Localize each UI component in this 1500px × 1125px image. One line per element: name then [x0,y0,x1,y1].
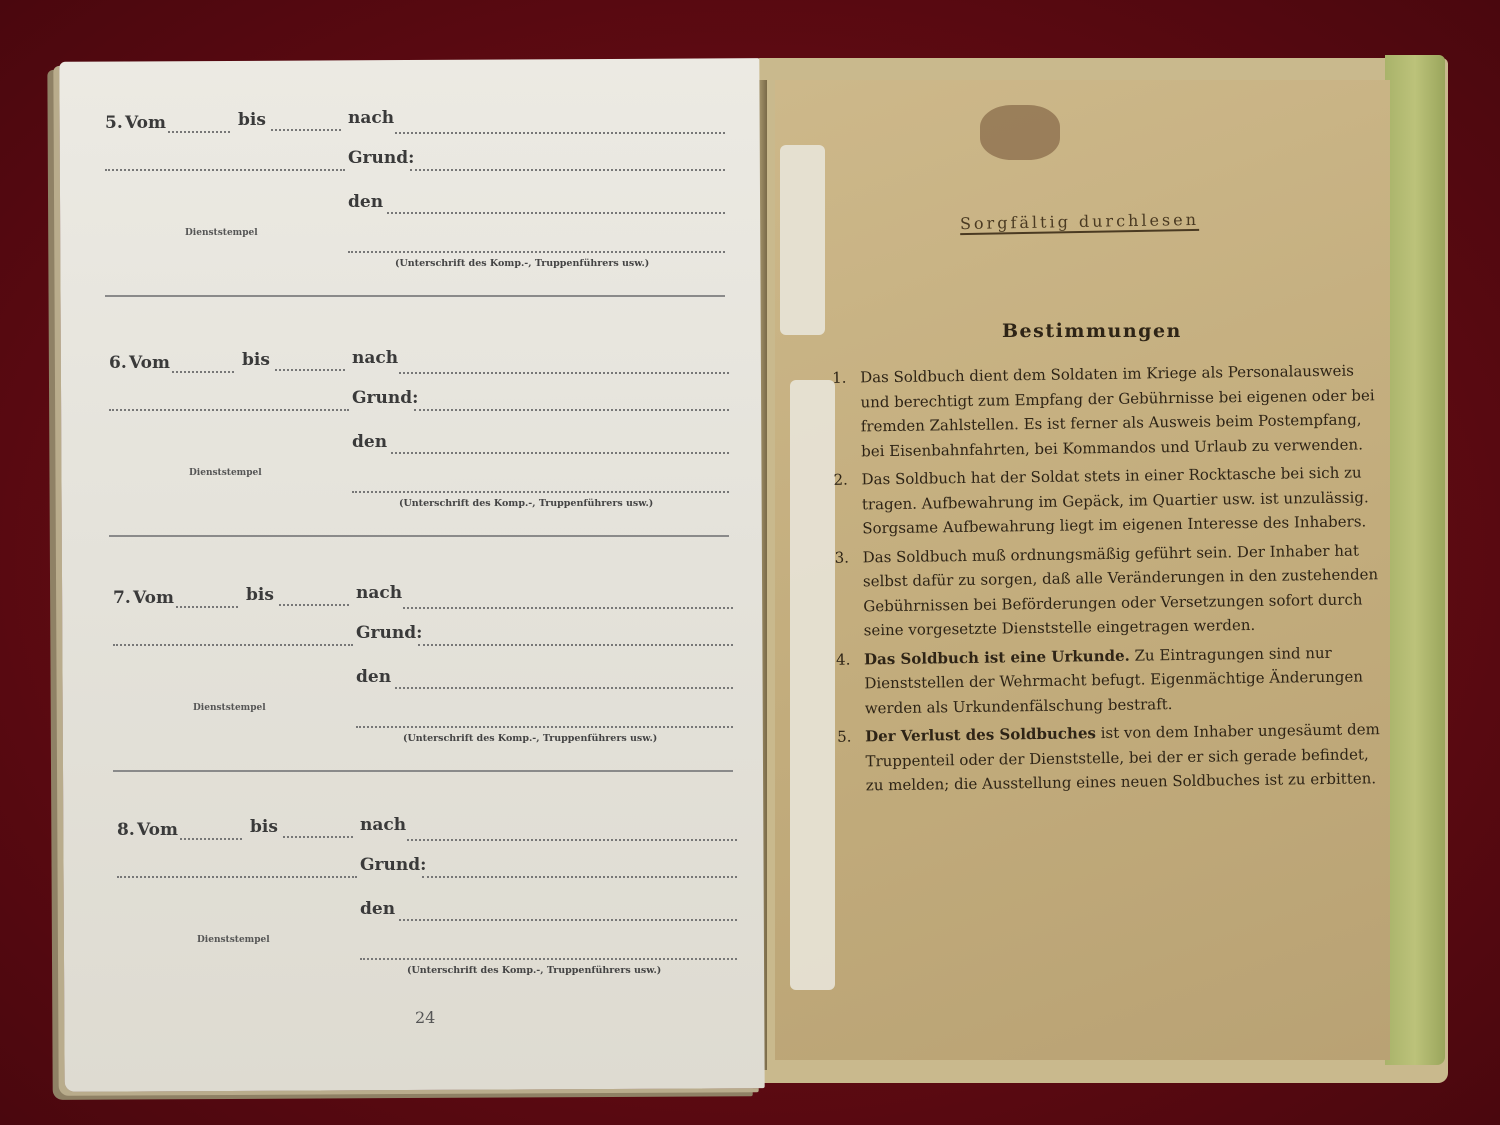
grund-field[interactable] [418,630,733,646]
signature-caption: (Unterschrift des Komp.-, Truppenführers… [403,733,657,744]
entry-vom-label: 5. [105,113,123,133]
signature-caption: (Unterschrift des Komp.-, Truppenführers… [395,258,649,269]
entry-vom-label: 6. [109,353,127,373]
nach-field-cont[interactable] [113,630,353,646]
nach-field[interactable] [403,593,733,609]
bis-field[interactable] [279,590,349,606]
den-field[interactable] [387,198,725,214]
den-field[interactable] [395,673,733,689]
nach-field[interactable] [399,358,729,374]
green-cloth-spine [1385,55,1445,1065]
nach-field-cont[interactable] [117,862,357,878]
rule-text: Das Soldbuch hat der Soldat stets in ein… [861,463,1368,537]
entry-den-label: den [348,192,383,212]
entry-separator [113,770,733,772]
page-number: 24 [415,1008,435,1027]
bis-field[interactable] [271,115,341,131]
rule-text: Das Soldbuch dient dem Soldaten im Krieg… [860,362,1375,460]
entry-nach-label: nach [348,108,394,128]
signature-caption: (Unterschrift des Komp.-, Truppenführers… [399,498,653,509]
vom-field[interactable] [180,824,242,840]
transfer-entry: 8. Vom bis nach Grund: den Dienststempel… [117,812,747,1022]
entry-separator [109,535,729,537]
nach-field-cont[interactable] [105,155,345,171]
rules-list: 1. Das Soldbuch dient dem Soldaten im Kr… [832,358,1383,802]
signature-field[interactable] [356,712,733,728]
grund-field[interactable] [422,862,737,878]
entry-grund-label: Grund: [356,623,422,643]
bis-field[interactable] [283,822,353,838]
entry-vom-label: Vom [133,588,174,608]
entry-bis-label: bis [238,110,266,130]
entry-bis-label: bis [246,585,274,605]
rule-item: 4. Das Soldbuch ist eine Urkunde. Zu Ein… [836,640,1382,721]
den-field[interactable] [391,438,729,454]
rule-number: 4. [836,647,865,721]
rule-text: Das Soldbuch muß ordnungsmäßig geführt s… [863,541,1379,639]
entry-vom-label: 7. [113,588,131,608]
torn-paper-remnant [790,380,835,990]
entry-den-label: den [360,899,395,919]
handwritten-note: Sorgfältig durchlesen [960,210,1199,235]
transfer-entry: 5. Vom bis nach Grund: den Dienststempel… [105,105,735,315]
entry-vom-label: Vom [129,353,170,373]
transfer-entry: 7. Vom bis nach Grund: den Dienststempel… [113,580,743,790]
signature-field[interactable] [352,477,729,493]
entry-den-label: den [352,432,387,452]
dienststempel-label: Dienststempel [189,468,262,478]
dienststempel-label: Dienststempel [185,228,258,238]
entry-bis-label: bis [250,817,278,837]
rule-number: 5. [837,724,866,798]
dienststempel-label: Dienststempel [193,703,266,713]
rule-item: 5. Der Verlust des Soldbuches ist von de… [837,717,1383,798]
vom-field[interactable] [176,592,238,608]
entry-nach-label: nach [356,583,402,603]
rule-item: 3. Das Soldbuch muß ordnungsmäßig geführ… [834,538,1380,644]
vom-field[interactable] [172,357,234,373]
bis-field[interactable] [275,355,345,371]
grund-field[interactable] [410,155,725,171]
rule-item: 2. Das Soldbuch hat der Soldat stets in … [833,460,1379,541]
entry-bis-label: bis [242,350,270,370]
entry-grund-label: Grund: [360,855,426,875]
rule-number: 1. [832,365,861,463]
grund-field[interactable] [414,395,729,411]
entry-grund-label: Grund: [352,388,418,408]
signature-field[interactable] [348,237,725,253]
entry-vom-label: Vom [137,820,178,840]
signature-caption: (Unterschrift des Komp.-, Truppenführers… [407,965,661,976]
nach-field-cont[interactable] [109,395,349,411]
torn-paper-remnant [780,145,825,335]
entry-nach-label: nach [360,815,406,835]
dienststempel-label: Dienststempel [197,935,270,945]
entry-nach-label: nach [352,348,398,368]
vom-field[interactable] [168,117,230,133]
transfer-entry: 6. Vom bis nach Grund: den Dienststempel… [109,345,739,555]
entry-separator [105,295,725,297]
entry-grund-label: Grund: [348,148,414,168]
entry-den-label: den [356,667,391,687]
den-field[interactable] [399,905,737,921]
signature-field[interactable] [360,944,737,960]
rules-heading: Bestimmungen [1002,320,1182,342]
rule-item: 1. Das Soldbuch dient dem Soldaten im Kr… [832,358,1378,464]
nach-field[interactable] [395,118,725,134]
entry-vom-label: 8. [117,820,135,840]
stain [980,105,1060,160]
nach-field[interactable] [407,825,737,841]
rule-bold-text: Das Soldbuch ist eine Urkunde. [864,646,1130,668]
rule-number: 2. [833,467,862,541]
entry-vom-label: Vom [125,113,166,133]
rule-number: 3. [834,545,863,643]
rule-bold-text: Der Verlust des Soldbuches [865,724,1096,745]
